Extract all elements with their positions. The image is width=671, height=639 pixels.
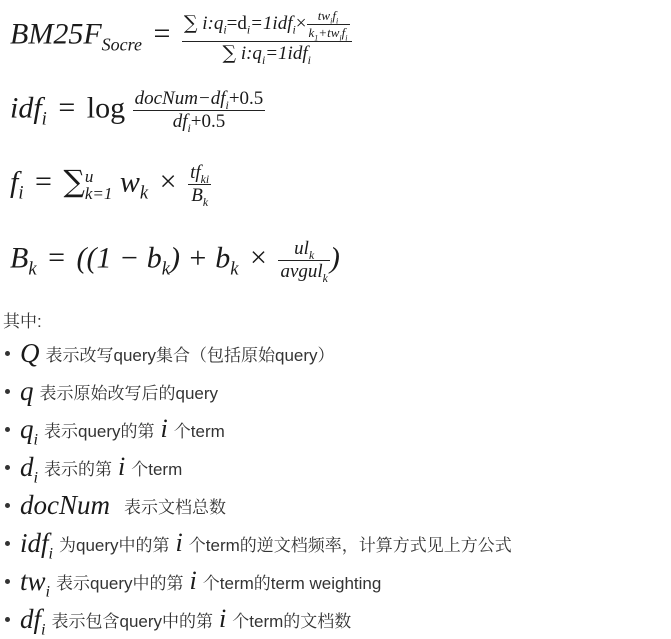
definition-text: 表示文档总数 [124, 493, 226, 518]
bullet-icon [5, 579, 10, 584]
times-sign: × [246, 241, 271, 274]
score-denominator: ∑ i:qi=1idfi [182, 41, 352, 65]
symbol: di [20, 452, 38, 483]
formula-bk: Bk = ((1 − bk) + bk × ulk avgulk ) [10, 238, 340, 283]
bullet-icon [5, 503, 10, 508]
bk-fraction: ulk avgulk [278, 238, 329, 283]
equals-sign: = [44, 241, 69, 274]
idf-fraction: docNum−dfi+0.5 dfi+0.5 [133, 88, 266, 133]
equals-sign: = [54, 91, 79, 124]
times-sign: × [156, 165, 181, 198]
list-item: docNum表示文档总数 [0, 486, 512, 524]
formula-idf: idfi = log docNum−dfi+0.5 dfi+0.5 [10, 88, 265, 133]
sum-icon: ∑ [63, 164, 84, 199]
symbol: idfi [20, 528, 53, 559]
equals-sign: = [31, 165, 56, 198]
symbol: twi [20, 566, 50, 597]
definitions-list: Q表示改写query集合（包括原始query） q表示原始改写后的query q… [0, 334, 512, 638]
score-numerator: ∑ i:qi=di=1idfi× twifi k1+twifi [182, 8, 352, 41]
bullet-icon [5, 389, 10, 394]
list-item: qi表示query的第i个term [0, 410, 512, 448]
bullet-icon [5, 465, 10, 470]
bullet-icon [5, 541, 10, 546]
log-operator: log [87, 91, 125, 124]
description-label: 其中: [3, 307, 42, 332]
list-item: dfi表示包含query中的第i个term的文档数 [0, 600, 512, 638]
definition-text: 表示原始改写后的query [40, 379, 219, 404]
symbol: qi [20, 414, 38, 445]
formula-bm25f-score: BM25FSocre = ∑ i:qi=di=1idfi× twifi k1+t… [10, 8, 352, 65]
score-fraction: ∑ i:qi=di=1idfi× twifi k1+twifi ∑ i:qi=1… [182, 8, 352, 65]
list-item: idfi为query中的第i个term的逆文档频率，计算方式见上方公式 [0, 524, 512, 562]
list-item: Q表示改写query集合（包括原始query） [0, 334, 512, 372]
formula-lhs: BM25F [10, 17, 102, 50]
list-item: di表示的第i个term [0, 448, 512, 486]
formula-fi: fi = ∑uk=1 wk × tfki Bk [10, 162, 211, 207]
equals-sign: = [149, 17, 174, 50]
times-sign: × [296, 13, 307, 34]
symbol: q [20, 376, 34, 407]
list-item: twi表示query中的第i个term的term weighting [0, 562, 512, 600]
fi-fraction: tfki Bk [188, 162, 211, 207]
symbol: dfi [20, 604, 46, 635]
formula-lhs: B [10, 241, 28, 274]
inner-fraction: twifi k1+twifi [307, 8, 350, 41]
list-item: q表示原始改写后的query [0, 372, 512, 410]
symbol: Q [20, 338, 40, 369]
symbol: docNum [20, 490, 110, 521]
sum-icon: ∑ [184, 12, 198, 34]
sum-icon: ∑ [223, 42, 237, 64]
bullet-icon [5, 427, 10, 432]
formula-lhs-subscript: Socre [102, 34, 142, 54]
definition-text: 表示改写query集合（包括原始query） [46, 341, 335, 366]
bullet-icon [5, 351, 10, 356]
bullet-icon [5, 617, 10, 622]
formula-lhs: idf [10, 91, 42, 124]
